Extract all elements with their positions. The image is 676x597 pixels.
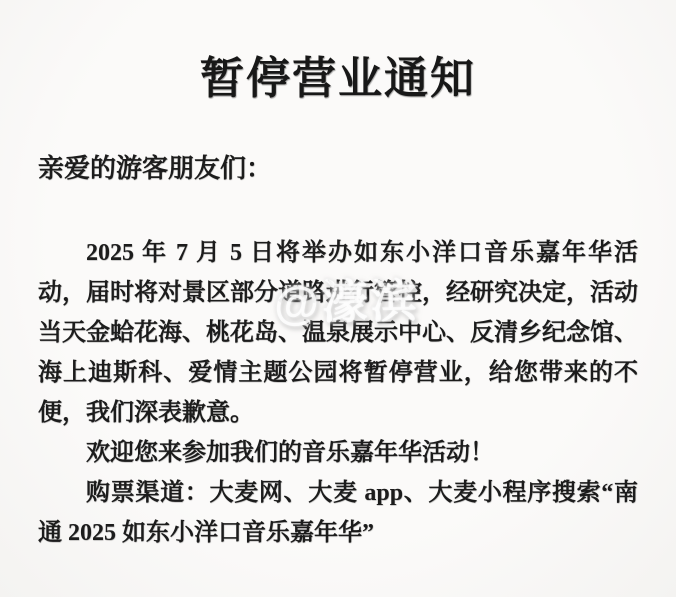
paragraph-welcome: 欢迎您来参加我们的音乐嘉年华活动！: [38, 433, 638, 473]
notice-document: 暂停营业通知 亲爱的游客朋友们： 2025 年 7 月 5 日将举办如东小洋口音…: [0, 0, 676, 597]
paragraph-ticket-channels: 购票渠道：大麦网、大麦 app、大麦小程序搜索“南通 2025 如东小洋口音乐嘉…: [38, 473, 638, 553]
notice-title: 暂停营业通知: [0, 42, 676, 106]
paragraph-event-announcement: 2025 年 7 月 5 日将举办如东小洋口音乐嘉年华活动，届时将对景区部分道路…: [38, 233, 638, 433]
notice-body: 2025 年 7 月 5 日将举办如东小洋口音乐嘉年华活动，届时将对景区部分道路…: [38, 233, 638, 553]
greeting-line: 亲爱的游客朋友们：: [38, 148, 272, 185]
